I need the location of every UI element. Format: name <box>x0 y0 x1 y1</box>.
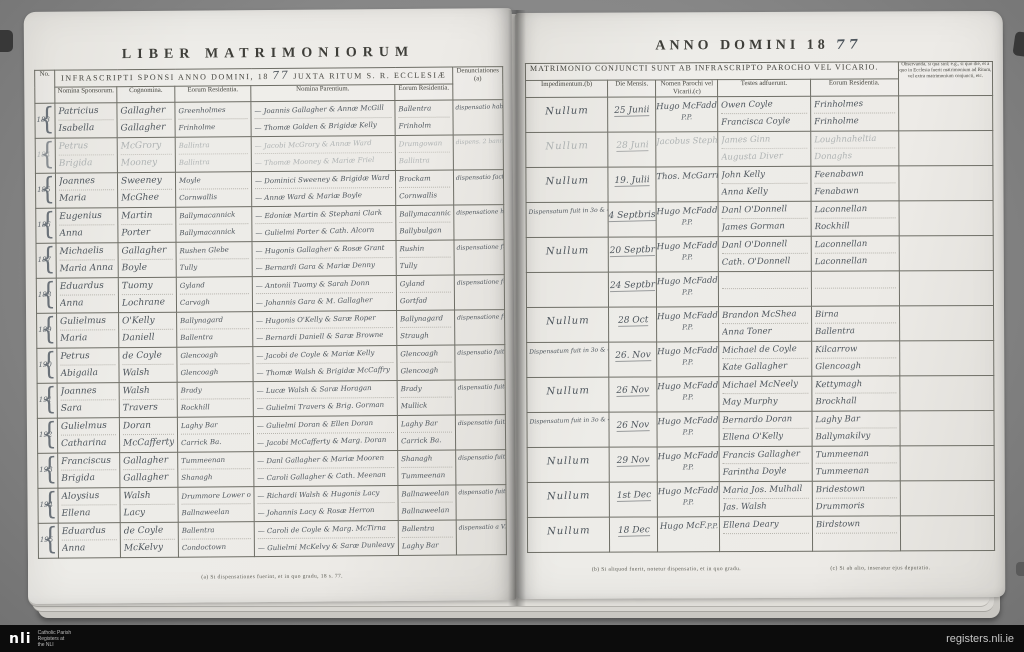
handwritten-text: — Dominici Sweeney & Brigidæ Ward <box>255 171 390 189</box>
surnames-cell: WalshLacy <box>120 487 178 522</box>
priest-name: Hugo McFadden <box>657 240 719 252</box>
nli-logo: nli Catholic Parish Registers at the NLI <box>0 630 71 648</box>
priest-title: P.P. <box>707 522 718 530</box>
marriage-date-cell: 26 Nov <box>609 412 657 447</box>
impediment-cell: Nullum <box>526 167 608 202</box>
handwritten-text: — Jacobi McGrory & Annæ Ward <box>255 136 372 154</box>
handwritten-text: Rushin <box>399 242 424 258</box>
col-eorum-residentia-2: Eorum Residentia. <box>395 84 453 100</box>
handwritten-date: 26. Nov <box>615 350 651 362</box>
register-row: 189{GulielmusMariaO'KellyDaniellBallynag… <box>37 310 505 349</box>
entry-line: de Coyle <box>124 523 175 540</box>
entry-line: Travers <box>123 400 174 416</box>
col-testes-residentia: Eorum Residentia. <box>810 79 898 96</box>
priest-cell: Hugo McFaddenP.P. <box>657 307 719 342</box>
handwritten-text: Lochrane <box>122 295 165 311</box>
surnames-cell: GallagherBoyle <box>118 242 176 277</box>
entry-line: Anna <box>60 295 115 311</box>
entry-line: Laghy Bar <box>402 538 453 554</box>
entry-line: Rockhill <box>814 218 895 234</box>
observations-cell <box>899 200 993 235</box>
handwritten-text: Mooney <box>121 156 158 172</box>
left-page-title: LIBER MATRIMONIORUM <box>24 44 512 64</box>
couple-brace: { <box>39 103 55 136</box>
witness-residence-cell: FrinholmesFrinholme <box>810 96 898 131</box>
entry-line: Sweeney <box>121 173 172 190</box>
priest-title: P.P. <box>682 323 693 331</box>
entry-line: Laconnellan <box>814 236 895 253</box>
handwritten-text: Laghy Bar <box>181 418 218 434</box>
handwritten-text: Franciscus <box>61 454 111 470</box>
observations-note: Observanda, si qua sint; e.g., si quo di… <box>898 61 992 95</box>
entry-line: Fenabawn <box>814 183 895 199</box>
couple-brace: { <box>41 348 57 381</box>
entry-line: Ballymacannick <box>179 207 248 225</box>
handwritten-text: Anna Toner <box>722 324 772 340</box>
entry-line: — Gulielmi McKelvy & Saræ Dunleavy <box>258 538 395 555</box>
handwritten-note: dispensatione fuit in causa 2 bannis <box>455 310 505 324</box>
entry-line: Gortfad <box>400 293 451 309</box>
handwritten-text: — Gulielmi McKelvy & Saræ Dunleavy <box>258 538 395 555</box>
priest-cell: Hugo McFaddenP.P. <box>657 377 719 412</box>
entry-line: Ballynagard <box>400 311 451 328</box>
handwritten-text: Tully <box>400 259 418 274</box>
impediment-cell: Nullum <box>527 447 609 482</box>
register-row: Nullum19. JuliiThos. McGarrigleJohn Kell… <box>526 165 993 202</box>
entry-line: Ballentra <box>182 522 251 540</box>
entry-line: Glencoagh <box>180 347 249 365</box>
surnames-cell: McGroryMooney <box>117 137 175 172</box>
handwritten-text: Anna <box>60 296 84 311</box>
handwritten-text: Maria Anna <box>60 261 114 277</box>
parents-residence-cell: BrockamCornwallis <box>395 170 453 205</box>
handwritten-note: dispensatio fuit in aliorum 2 bannis 31 … <box>456 450 506 464</box>
register-row: 187{MichaelisMaria AnnaGallagherBoyleRus… <box>36 240 504 279</box>
entry-line: Gyland <box>180 277 249 295</box>
marriage-date-cell: 1st Dec <box>609 482 657 517</box>
handwritten-note: dispensatio fuit in bannis a Rev. J. D. … <box>456 415 506 429</box>
entry-line: Glencoagh <box>180 364 249 381</box>
handwritten-text: Tuomy <box>122 279 153 295</box>
entry-line: Gallagher <box>123 453 174 470</box>
entry-line: Tummeenan <box>181 452 250 470</box>
surnames-cell: de CoyleWalsh <box>119 347 177 382</box>
entry-line: Petrus <box>60 348 115 365</box>
parents-cell: — Gulielmi Doran & Ellen Doran— Jacobi M… <box>253 416 397 452</box>
denunciationes-cell: dispensatione fuit in bannis in causa <box>454 275 504 310</box>
witness-residence-cell: KilcarrowGlencoagh <box>811 341 899 376</box>
observations-cell <box>900 410 994 445</box>
handwritten-date: 28 Juni <box>616 140 649 152</box>
entry-line: Anna <box>62 540 117 556</box>
impediment-cell: Nullum <box>527 517 609 552</box>
entry-line: Tuomy <box>122 278 173 295</box>
entry-line: Walsh <box>122 365 173 381</box>
entry-line: Rushen Glebe <box>180 242 249 260</box>
residence-cell: BradyRockhill <box>177 382 253 418</box>
col-nomen-parochi: Nomen Parochi vel Vicarii.(c) <box>656 80 718 97</box>
handwritten-text: Brady <box>181 383 202 399</box>
parents-residence-cell: ShanaghTummeenan <box>398 450 456 485</box>
handwritten-text: Anna <box>59 226 83 241</box>
handwritten-text: Isabella <box>59 121 95 137</box>
entry-line: — Johannis Lacy & Rosæ Herron <box>258 503 395 520</box>
handwritten-text: John Kelly <box>722 168 766 184</box>
entry-line: James Ginn <box>722 132 807 149</box>
priest-title: P.P. <box>681 113 692 121</box>
handwritten-text: Michael de Coyle <box>723 342 798 359</box>
row-number-cell: 187{ <box>36 243 56 278</box>
handwritten-text: Ballintra <box>179 155 210 171</box>
handwritten-text: Glencoagh <box>180 348 218 364</box>
entry-line: Danl O'Donnell <box>722 202 807 219</box>
entry-line: — Annæ Ward & Mariæ Boyle <box>255 188 392 205</box>
entry-line: Drumgowan <box>399 136 450 153</box>
handwritten-text: Eugenius <box>59 209 102 225</box>
handwritten-text: — Joannis Gallagher & Annæ McGill <box>254 101 384 119</box>
right-title-prefix: ANNO DOMINI 18 <box>655 38 829 54</box>
entry-line: Straugh <box>400 328 451 344</box>
residence-cell: Laghy BarCarrick Ba. <box>177 417 253 453</box>
handwritten-text: Birna <box>815 307 839 323</box>
row-number-cell: 193{ <box>38 453 58 488</box>
handwritten-text: Augusta Diver <box>722 149 784 165</box>
handwritten-text: Lacy <box>124 506 146 521</box>
handwritten-text: Ballybulgan <box>399 223 441 239</box>
handwritten-note: dispensatio habita fuit in bannis <box>453 100 503 114</box>
handwritten-text: Brockam <box>399 171 431 187</box>
handwritten-date: 29 Nov <box>617 455 650 467</box>
handwritten-text: Frinholme <box>179 120 216 136</box>
handwritten-text: de Coyle <box>122 348 162 364</box>
handwritten-text: Laghy Bar <box>815 412 860 428</box>
impediment-cell: Nullum <box>527 307 609 342</box>
handwritten-text: Gallagher <box>121 120 166 136</box>
handwritten-text: Ballymakilvy <box>815 429 870 445</box>
handwritten-text: — Johannis Gara & M. Gallagher <box>256 293 373 310</box>
handwritten-date: 1st Dec <box>616 490 651 502</box>
entry-line: — Caroli Gallagher & Cath. Meenan <box>257 468 394 485</box>
register-row: 194{AloysiusEllenaWalshLacyDrummore Lowe… <box>38 485 506 524</box>
impediment-cell: Nullum <box>526 237 608 272</box>
entry-line: Isabella <box>59 120 114 136</box>
handwritten-text: Nullum <box>545 132 589 152</box>
entry-line: Laghy Bar <box>181 417 250 435</box>
parents-cell: — Hugonis O'Kelly & Saræ Roper— Bernardi… <box>253 311 397 347</box>
register-row: Nullum26 NovHugo McFaddenP.P.Michael McN… <box>527 375 994 412</box>
handwritten-note: dispensatio fuit in 3 bannis a J. Doh. 8… <box>455 345 505 359</box>
entry-line: Moyle <box>179 172 248 190</box>
handwritten-text: Anna Kelly <box>722 184 768 200</box>
row-number-cell: 183{ <box>35 103 55 138</box>
sponsor-names-cell: EugeniusAnna <box>56 208 118 243</box>
parents-residence-cell: Laghy BarCarrick Ba. <box>397 415 455 450</box>
residence-cell: BallentraCondoctown <box>178 522 254 558</box>
entry-line: Maria <box>60 330 115 346</box>
handwritten-text: McCafferty <box>123 435 174 451</box>
handwritten-text: Rockhill <box>814 219 849 235</box>
marriage-date-cell: 25 Junii <box>608 97 656 132</box>
handwritten-text: Feenabawn <box>814 167 864 183</box>
handwritten-text: — Caroli Gallagher & Cath. Meenan <box>257 468 386 485</box>
handwritten-text: Birdstown <box>815 517 859 533</box>
entry-line: Rockhill <box>181 399 250 416</box>
row-number-cell: 185{ <box>35 173 55 208</box>
entry-line: Lochrane <box>122 295 173 311</box>
handwritten-text: Glencoagh <box>400 363 438 379</box>
handwritten-text: Greenholmes <box>178 103 225 119</box>
handwritten-text: Nullum <box>547 517 591 537</box>
entry-line: Cornwallis <box>399 188 450 204</box>
nli-watermark-bar: nli Catholic Parish Registers at the NLI… <box>0 625 1024 652</box>
entry-line: Ballintra <box>399 153 450 169</box>
priest-cell: Hugo McFaddenP.P. <box>657 342 719 377</box>
entry-line: Doran <box>123 418 174 435</box>
couple-brace: { <box>40 243 56 276</box>
register-row: 188{EduardusAnnaTuomyLochraneGylandCarva… <box>36 275 504 314</box>
denunciationes-cell: dispensatione fuit in causa 2 bannis <box>455 310 505 345</box>
parents-cell: — Antonii Tuomy & Sarah Donn— Johannis G… <box>252 276 396 312</box>
entry-line: Brockhall <box>815 393 896 409</box>
entry-line: Maria <box>59 190 114 206</box>
entry-line: Francisca Coyle <box>722 114 807 130</box>
handwritten-text: — Antonii Tuomy & Sarah Donn <box>256 276 370 294</box>
entry-line: — Jacobi McGrory & Annæ Ward <box>255 136 392 154</box>
surnames-cell: GallagherGallagher <box>120 452 178 487</box>
register-row: Dispensatum fuit in 3o & 4to gradu consa… <box>526 200 993 237</box>
priest-title: P.P. <box>682 288 693 296</box>
handwritten-text: Joannes <box>61 384 97 400</box>
parents-residence-cell: BallentraLaghy Bar <box>398 520 456 555</box>
entry-line: Michael McNeely <box>723 377 808 394</box>
entry-line: May Murphy <box>723 394 808 410</box>
entry-line: Bridestown <box>815 481 896 498</box>
priest-cell: Hugo McF.P.P. <box>658 517 720 552</box>
entry-line: — Joannis Gallagher & Annæ McGill <box>254 101 391 119</box>
entry-line: — Richardi Walsh & Hugonis Lacy <box>257 486 394 504</box>
row-number-cell: 192{ <box>37 418 57 453</box>
handwritten-text: Loughnaheltia <box>814 132 876 149</box>
entry-line: Kate Gallagher <box>723 359 808 375</box>
priest-name: Thos. McGarrigle <box>657 170 719 182</box>
surnames-cell: DoranMcCafferty <box>119 417 177 452</box>
register-row: Nullum28 OctHugo McFaddenP.P.Brandon McS… <box>527 305 994 342</box>
entry-line: Feenabawn <box>814 166 895 183</box>
entry-line: Ballybulgan <box>399 223 450 239</box>
entry-line: Gallagher <box>122 243 173 260</box>
parents-residence-cell: DrumgowanBallintra <box>395 135 453 170</box>
entry-line: Porter <box>121 225 172 241</box>
entry-line: — Danl Gallagher & Mariæ Mooren <box>257 451 394 469</box>
handwritten-text: Nullum <box>546 447 590 467</box>
handwritten-text: — Bernardi Daniell & Saræ Browne <box>256 328 383 345</box>
handwritten-text: Ballymacannick <box>179 225 235 241</box>
scan-clip-right <box>1012 31 1024 57</box>
handwritten-text: Petrus <box>59 139 89 155</box>
sponsor-names-cell: GulielmusMaria <box>57 313 119 348</box>
priest-cell: Hugo McFaddenP.P. <box>657 272 719 307</box>
witnesses-cell: Danl O'DonnellCath. O'Donnell <box>719 236 811 271</box>
handwritten-text: Nullum <box>545 167 589 187</box>
entry-line: Brady <box>181 382 250 400</box>
entry-line: Drummoris <box>815 498 896 514</box>
marriage-date-cell: 20 Septbr <box>608 237 656 272</box>
entry-line: James Gorman <box>722 219 807 235</box>
entry-line: Tummeenan <box>401 468 452 484</box>
entry-line: Laghy Bar <box>401 416 452 433</box>
observations-cell <box>899 340 993 375</box>
band-suffix: JUXTA RITUM S. R. ECCLESIÆ <box>293 71 446 81</box>
priest-cell: Hugo McFaddenP.P. <box>657 412 719 447</box>
entry-line: Brady <box>401 381 452 398</box>
handwritten-note: dispens. 2 bannis <box>454 136 504 149</box>
handwritten-text: Abigaila <box>60 366 98 382</box>
register-row: Nullum28 JuniJacobus StephensJames GinnA… <box>526 130 993 167</box>
impediment-cell: Dispensatum fuit in 3o & 4to gradu consa… <box>526 202 608 237</box>
marriage-date-cell: 29 Nov <box>609 447 657 482</box>
handwritten-text: Brady <box>401 382 422 398</box>
parents-cell: — Jacobi de Coyle & Mariæ Kelly— Thomæ W… <box>253 346 397 382</box>
handwritten-text: McKelvy <box>124 540 163 556</box>
entry-line: Mooney <box>121 155 172 171</box>
entry-line: Ballentra <box>398 101 449 118</box>
register-book-scan: LIBER MATRIMONIORUM No. INFRASCRIPTI SPO… <box>16 2 1010 624</box>
sponsor-names-cell: PetrusBrigida <box>55 138 117 173</box>
handwritten-text: Bernardo Doran <box>723 412 793 429</box>
sponsor-names-cell: FranciscusBrigida <box>58 453 120 488</box>
denunciationes-cell: dispensatio fuit in 3 bannis a J. Doh. 8… <box>455 345 505 380</box>
priest-cell: Hugo McFaddenP.P. <box>656 97 718 132</box>
handwritten-text: Eduardus <box>62 524 106 540</box>
observations-cell <box>899 235 993 270</box>
marriage-date-cell: 28 Juni <box>608 132 656 167</box>
handwritten-text: Tummeenan <box>815 447 869 463</box>
handwritten-text: Ballynagard <box>400 311 443 327</box>
handwritten-text: Martin <box>121 209 152 225</box>
entry-line: Ballnaweelan <box>402 503 453 519</box>
entry-line: — Gulielmi Porter & Cath. Alcorn <box>255 223 392 240</box>
entry-line: Bernardo Doran <box>723 412 808 429</box>
parents-cell: — Lucæ Walsh & Saræ Horagan— Gulielmi Tr… <box>253 381 397 417</box>
handwritten-text: Anna <box>62 541 86 556</box>
couple-brace: { <box>42 418 58 451</box>
witness-residence-cell: BridestownDrummoris <box>812 481 900 516</box>
row-number-cell: 195{ <box>38 523 58 558</box>
entry-line: Anna <box>59 225 114 241</box>
entry-line: Birna <box>815 306 896 323</box>
entry-line: Brandon McShea <box>722 307 807 324</box>
handwritten-text: McGhee <box>121 190 159 206</box>
priest-cell: Jacobus Stephens <box>656 132 718 167</box>
witness-residence-cell: LaconnellanLaconnellan <box>811 236 899 271</box>
couple-brace: { <box>40 173 56 206</box>
handwritten-text: Francis Gallagher <box>723 447 801 464</box>
entry-line <box>814 271 895 288</box>
register-row: 186{EugeniusAnnaMartinPorterBallymacanni… <box>36 205 504 244</box>
handwritten-text: Frinholm <box>399 118 432 134</box>
entry-line: — Jacobi de Coyle & Mariæ Kelly <box>256 346 393 364</box>
witnesses-cell: Owen CoyleFrancisca Coyle <box>718 96 810 131</box>
handwritten-date: 28 Oct <box>617 315 648 327</box>
handwritten-text: Cornwallis <box>179 190 217 206</box>
right-band: MATRIMONIO CONJUNCTI SUNT AB INFRASCRIPT… <box>525 62 898 81</box>
handwritten-text: Laconnellan <box>814 254 867 270</box>
entry-line: Ballintra <box>179 137 248 155</box>
parents-residence-cell: BradyMullick <box>397 380 455 415</box>
handwritten-date: 18 Dec <box>618 525 650 537</box>
observations-cell <box>899 270 993 305</box>
handwritten-text: Laconnellan <box>814 202 867 218</box>
priest-cell: Hugo McFaddenP.P. <box>657 447 719 482</box>
marriage-date-cell: 19. Julii <box>608 167 656 202</box>
handwritten-text: Cath. O'Donnell <box>722 254 791 270</box>
sponsor-names-cell: EduardusAnna <box>58 523 120 558</box>
sponsor-names-cell: JoannesSara <box>57 383 119 418</box>
entry-line: Anna Kelly <box>722 184 807 200</box>
entry-line: Ellena Deary <box>723 517 808 534</box>
entry-line: Maria Anna <box>60 260 115 276</box>
priest-title: P.P. <box>682 218 693 226</box>
handwritten-date: 19. Julii <box>614 175 649 187</box>
sponsor-names-cell: AloysiusEllena <box>58 488 120 523</box>
entry-line: Ballynagard <box>180 312 249 330</box>
surnames-cell: MartinPorter <box>118 207 176 242</box>
entry-line: Condoctown <box>182 539 251 556</box>
register-row: 183{PatriciusIsabellaGallagherGallagherG… <box>35 100 503 139</box>
handwritten-text: Ballentra <box>182 523 215 539</box>
priest-name: Jacobus Stephens <box>656 135 718 147</box>
priest-name: Hugo McFadden <box>658 415 720 427</box>
register-row: 190{PetrusAbigailade CoyleWalshGlencoagh… <box>37 345 505 384</box>
handwritten-text: Rockhill <box>181 400 210 416</box>
priest-name: Hugo McFadden <box>657 205 719 217</box>
entry-line: Eduardus <box>60 278 115 295</box>
handwritten-text: Frinholme <box>814 114 859 130</box>
handwritten-text: — Jacobi de Coyle & Mariæ Kelly <box>256 346 374 364</box>
handwritten-text: Boyle <box>122 261 148 276</box>
couple-brace: { <box>42 453 58 486</box>
nli-logo-icon: nli <box>9 632 32 646</box>
entry-line: Ballintra <box>179 154 248 171</box>
denunciationes-cell: dispensatio fuit in bannis a Rev. J. D. … <box>455 415 505 450</box>
marriage-date-cell: 4 Septbris <box>608 202 656 237</box>
handwritten-text: Kate Gallagher <box>723 359 788 375</box>
entry-line: Tummeenan <box>815 446 896 463</box>
entry-line: Glencoagh <box>400 346 451 363</box>
handwritten-text: Donaghs <box>814 149 852 165</box>
entry-line: Frinholm <box>399 118 450 134</box>
parents-residence-cell: BallynagardStraugh <box>397 310 455 345</box>
handwritten-text: de Coyle <box>124 523 164 539</box>
entry-line: Gallagher <box>121 120 172 136</box>
handwritten-text: Tummeenan <box>181 453 225 469</box>
priest-title: P.P. <box>683 428 694 436</box>
handwritten-text: Ballymacannick <box>399 206 450 223</box>
handwritten-text: Daniell <box>122 331 155 347</box>
entry-line <box>723 534 808 550</box>
col-die-mensis: Die Mensis. <box>608 80 656 97</box>
entry-line: Carrick Ba. <box>401 433 452 449</box>
parents-residence-cell: RushinTully <box>396 240 454 275</box>
handwritten-text: Owen Coyle <box>721 97 773 113</box>
witnesses-cell: James GinnAugusta Diver <box>718 131 810 166</box>
col-nomina-parentium: Nomina Parentium. <box>251 85 395 102</box>
entry-line: Daniell <box>122 330 173 346</box>
residence-cell: BallymacannickBallymacannick <box>176 207 252 243</box>
handwritten-text: Walsh <box>122 366 149 381</box>
handwritten-text: Dispensatum fuit in 3o & 4to gradu affin… <box>527 342 609 357</box>
entry-line: Shanagh <box>181 469 250 486</box>
